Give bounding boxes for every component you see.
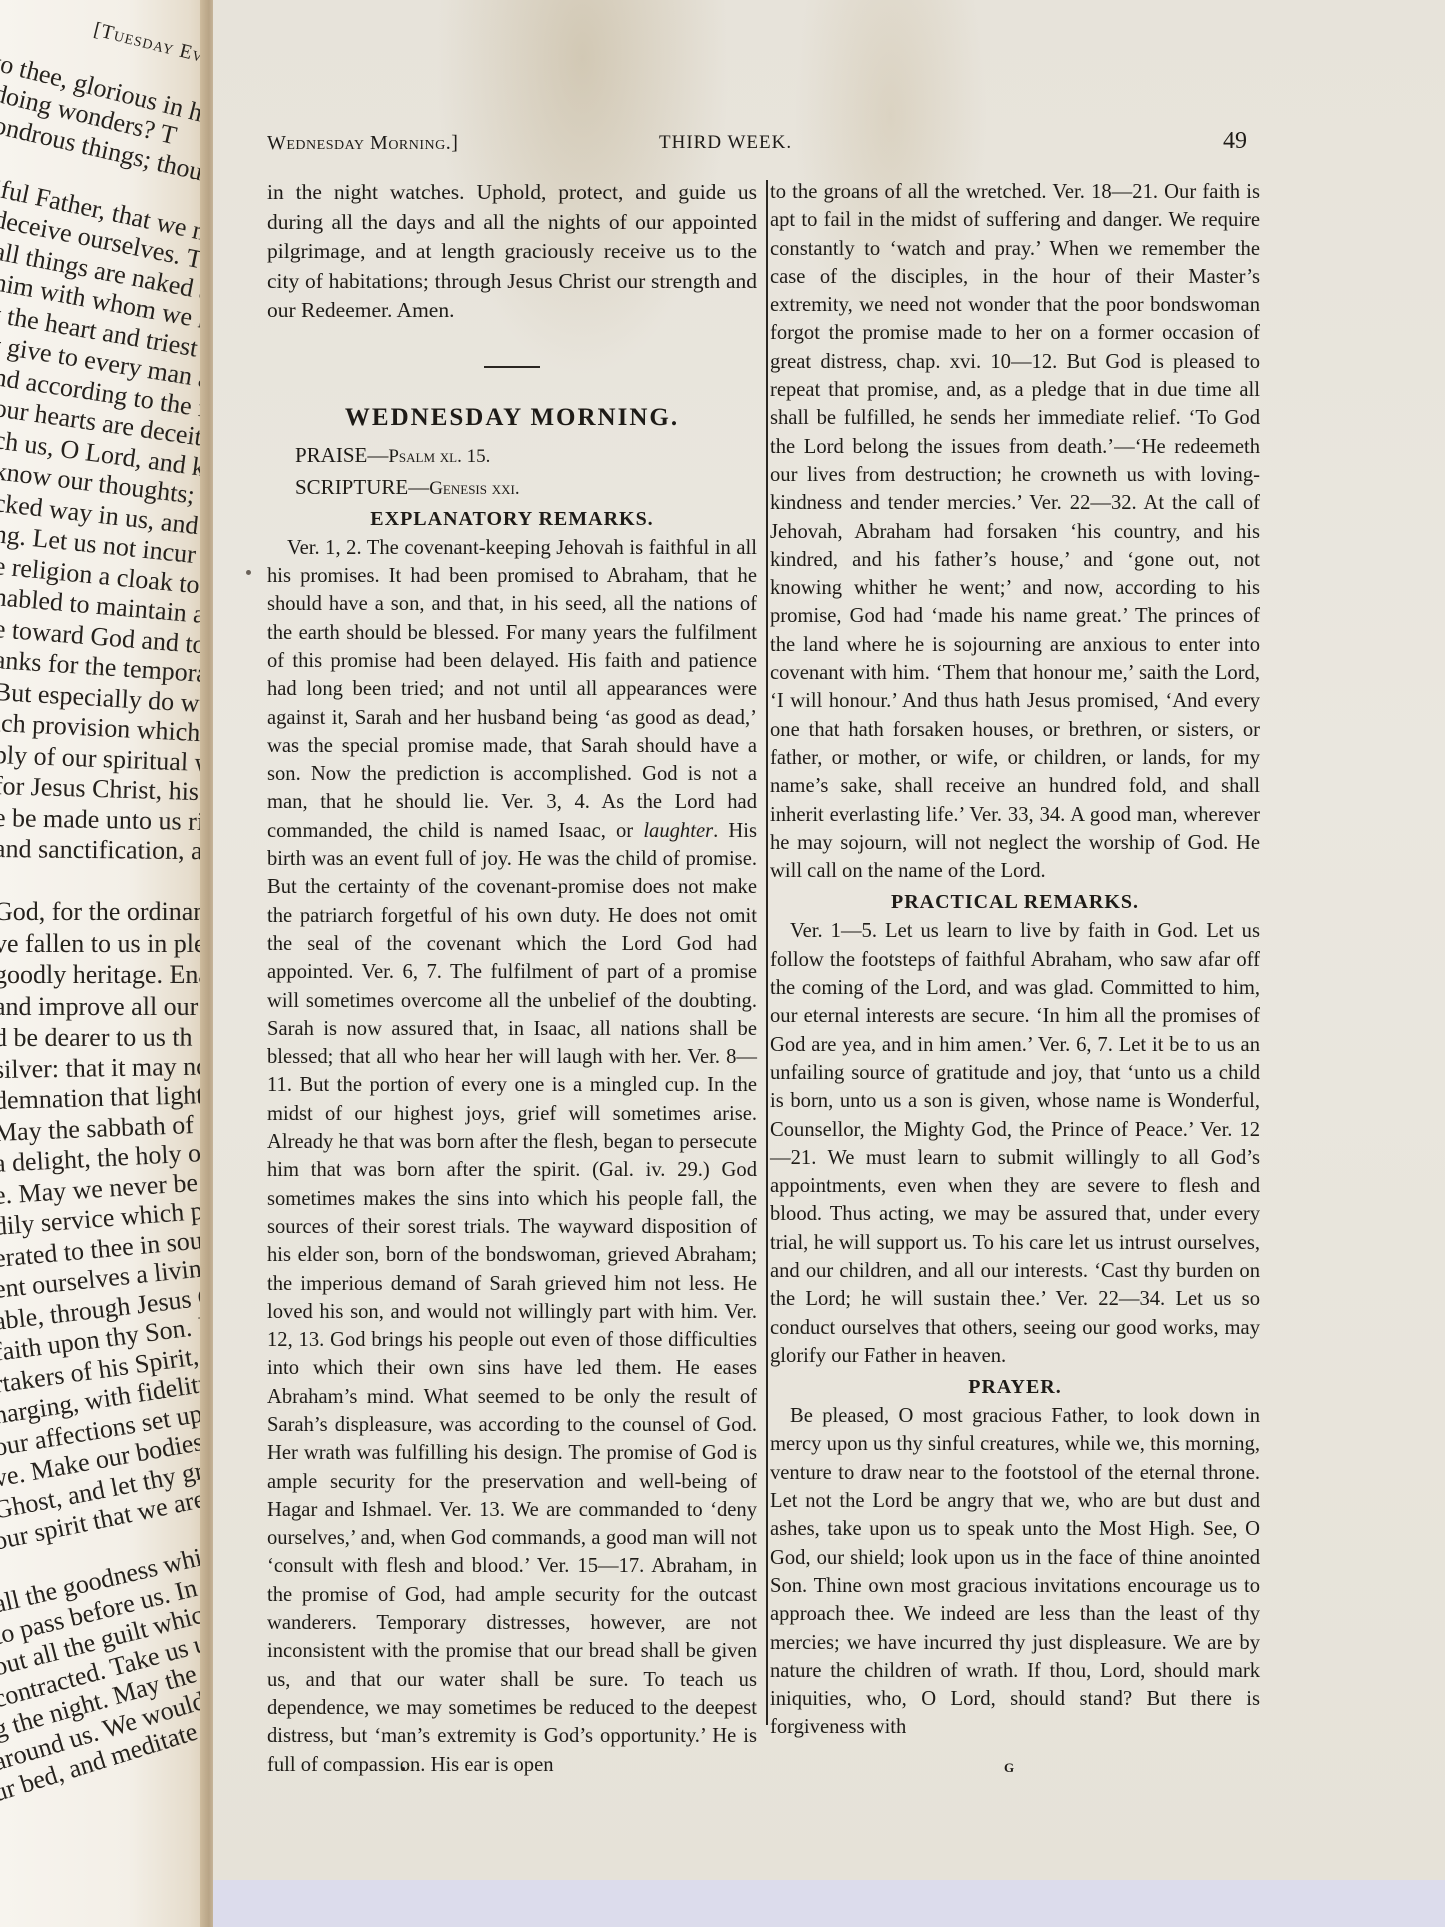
scripture-label: SCRIPTURE— [295,475,429,499]
left-page-line: ve fallen to us in pleas [0,928,215,960]
background-surface [213,1880,1445,1927]
praise-reference: PRAISE—Psalm xl. 15. [267,440,757,472]
facing-left-page: [Tuesday Evento thee, glorious in hdoing… [0,0,215,1927]
running-head-title: THIRD WEEK. [659,132,792,154]
prayer-text: Be pleased, O most gracious Father, to l… [770,1402,1260,1742]
left-page-line: God, for the ordinances [0,896,215,928]
ink-speck [246,570,251,575]
scripture-ref: Genesis xxi. [429,478,519,499]
left-page-line: and sanctification, and r [0,833,215,867]
praise-ref: Psalm xl. 15. [388,446,490,467]
closing-prayer-paragraph: in the night watches. Uphold, protect, a… [267,178,757,326]
left-page-line: and improve all our pri [0,991,215,1023]
signature-mark: G [1004,1760,1014,1776]
prayer-heading: PRAYER. [770,1372,1260,1402]
left-page-line: d be dearer to us th [0,1022,215,1054]
explanatory-italic: laughter [643,820,713,842]
running-head: Wednesday Morning.] THIRD WEEK. 49 [267,132,1247,158]
left-column: in the night watches. Uphold, protect, a… [267,178,757,1779]
column-rule [766,180,768,1725]
praise-label: PRAISE— [295,443,388,467]
running-head-section: Wednesday Morning.] [267,132,458,155]
section-divider [484,366,540,368]
practical-remarks: Ver. 1—5. Let us learn to live by faith … [770,917,1260,1370]
ink-speck [401,1767,405,1771]
explanatory-remarks-continued: to the groans of all the wretched. Ver. … [770,178,1260,885]
explanatory-remarks: Ver. 1, 2. The covenant-keeping Jehovah … [267,534,757,1779]
explanatory-text-1: Ver. 1, 2. The covenant-keeping Jehovah … [267,537,757,842]
scripture-reference: SCRIPTURE—Genesis xxi. [267,472,757,504]
explanatory-heading: EXPLANATORY REMARKS. [267,504,757,534]
explanatory-text-2: . His birth was an event full of joy. He… [267,820,757,1776]
left-page-line [0,865,215,897]
section-title: WEDNESDAY MORNING. [267,404,757,432]
practical-heading: PRACTICAL REMARKS. [770,887,1260,917]
left-page-line: goodly heritage. Enab [0,959,215,991]
left-page-text: [Tuesday Evento thee, glorious in hdoing… [0,14,215,1810]
page-number: 49 [1223,128,1247,155]
right-column: to the groans of all the wretched. Ver. … [770,178,1260,1742]
